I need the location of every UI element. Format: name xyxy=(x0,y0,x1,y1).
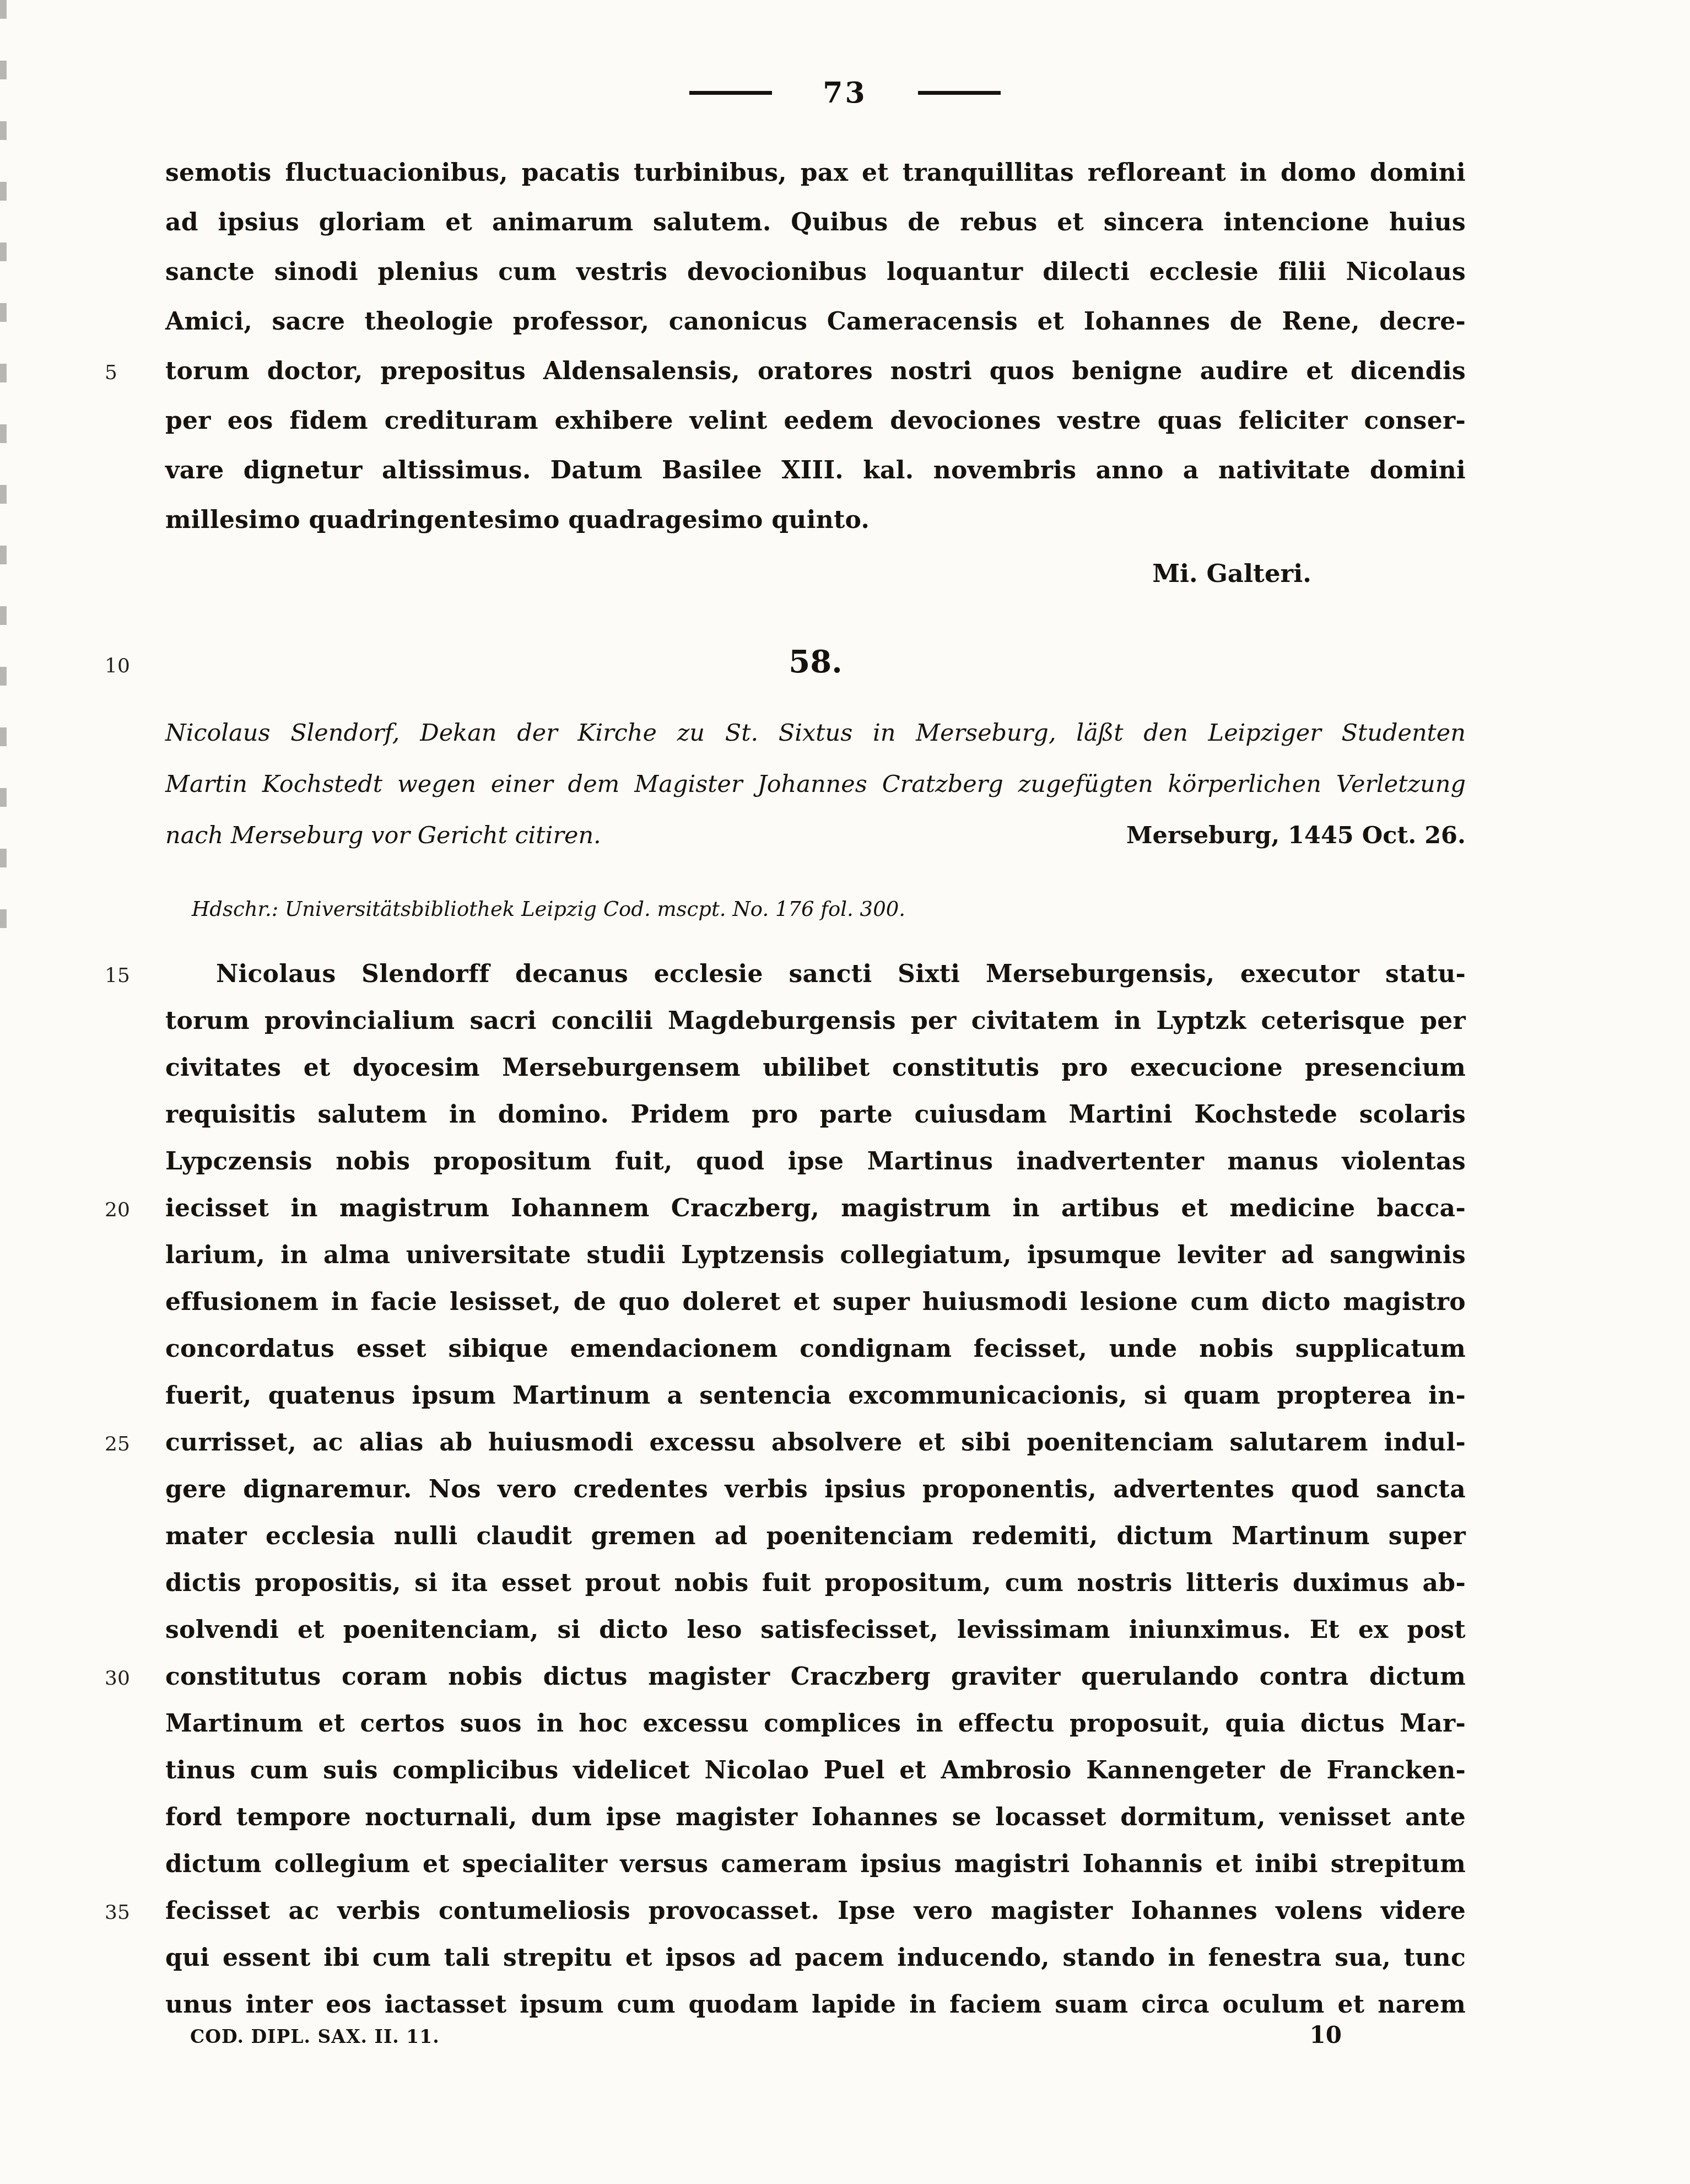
document-57-text: semotis fluctuacionibus, pacatis turbini… xyxy=(105,159,1466,556)
line-text: effusionem in facie lesisset, de quo dol… xyxy=(165,1288,1466,1316)
line-text: fuerit, quatenus ipsum Martinum a senten… xyxy=(165,1382,1466,1410)
line-text: millesimo quadringentesimo quadragesimo … xyxy=(165,506,1466,534)
margin-line-number: 25 xyxy=(105,1433,165,1455)
text-line: effusionem in facie lesisset, de quo dol… xyxy=(105,1288,1466,1335)
margin-line-number: 5 xyxy=(105,362,165,384)
line-text: semotis fluctuacionibus, pacatis turbini… xyxy=(165,159,1466,187)
text-line: per eos fidem credituram exhibere velint… xyxy=(105,407,1466,456)
line-text: tinus cum suis complicibus videlicet Nic… xyxy=(165,1756,1466,1784)
scanned-book-page: 73 semotis fluctuacionibus, pacatis turb… xyxy=(0,0,1690,2184)
text-line: tinus cum suis complicibus videlicet Nic… xyxy=(105,1756,1466,1803)
text-line: requisitis salutem in domino. Pridem pro… xyxy=(105,1101,1466,1147)
line-text: requisitis salutem in domino. Pridem pro… xyxy=(165,1101,1466,1129)
line-text: dictis propositis, si ita esset prout no… xyxy=(165,1569,1466,1597)
line-text: qui essent ibi cum tali strepitu et ipso… xyxy=(165,1944,1466,1972)
text-line: mater ecclesia nulli claudit gremen ad p… xyxy=(105,1522,1466,1569)
text-line: solvendi et poenitenciam, si dicto leso … xyxy=(105,1616,1466,1663)
text-line: semotis fluctuacionibus, pacatis turbini… xyxy=(105,159,1466,208)
summary-line-text: Martin Kochstedt wegen einer dem Magiste… xyxy=(165,770,1466,798)
text-line: 5 torum doctor, prepositus Aldensalensis… xyxy=(105,357,1466,407)
text-line: 35 fecisset ac verbis contumeliosis prov… xyxy=(105,1897,1466,1944)
page-number: 73 xyxy=(823,76,867,110)
text-line: ford tempore nocturnali, dum ipse magist… xyxy=(105,1803,1466,1850)
text-line: concordatus esset sibique emendacionem c… xyxy=(105,1335,1466,1382)
document-58-heading-row: 10 58. xyxy=(105,644,1466,680)
line-text: ad ipsius gloriam et animarum salutem. Q… xyxy=(165,208,1466,236)
line-text: fecisset ac verbis contumeliosis provoca… xyxy=(165,1897,1466,1925)
page-header: 73 xyxy=(0,76,1690,110)
summary-line: Nicolaus Slendorf, Dekan der Kirche zu S… xyxy=(105,719,1466,770)
text-line: ad ipsius gloriam et animarum salutem. Q… xyxy=(105,208,1466,258)
line-text: unus inter eos iactasset ipsum cum quoda… xyxy=(165,1991,1466,2019)
scan-edge-artifact xyxy=(0,0,7,937)
summary-last-line: nach Merseburg vor Gericht citiren. Mers… xyxy=(165,822,1466,849)
line-text: sancte sinodi plenius cum vestris devoci… xyxy=(165,258,1466,286)
document-58-text: 15 Nicolaus Slendorff decanus ecclesie s… xyxy=(105,960,1466,2037)
pagenumber-right-rule xyxy=(918,91,1001,95)
manuscript-source-note: Hdschr.: Universitätsbibliothek Leipzig … xyxy=(165,897,1466,921)
margin-line-number: 30 xyxy=(105,1667,165,1690)
signature: Mi. Galteri. xyxy=(105,559,1466,588)
text-line: gere dignaremur. Nos vero credentes verb… xyxy=(105,1475,1466,1522)
text-line: vare dignetur altissimus. Datum Basilee … xyxy=(105,456,1466,506)
document-58-summary: Nicolaus Slendorf, Dekan der Kirche zu S… xyxy=(105,719,1466,873)
summary-line: Martin Kochstedt wegen einer dem Magiste… xyxy=(105,770,1466,822)
line-text: Nicolaus Slendorff decanus ecclesie sanc… xyxy=(165,960,1466,988)
pagenumber-left-rule xyxy=(689,91,772,95)
line-text: per eos fidem credituram exhibere velint… xyxy=(165,407,1466,435)
line-text: solvendi et poenitenciam, si dicto leso … xyxy=(165,1616,1466,1644)
text-line: qui essent ibi cum tali strepitu et ipso… xyxy=(105,1944,1466,1991)
text-line: Martinum et certos suos in hoc excessu c… xyxy=(105,1710,1466,1756)
line-text: mater ecclesia nulli claudit gremen ad p… xyxy=(165,1522,1466,1550)
margin-line-number: 20 xyxy=(105,1199,165,1221)
signature-block: Mi. Galteri. xyxy=(105,556,1466,588)
margin-line-number: 10 xyxy=(105,655,165,677)
line-text: civitates et dyocesim Merseburgensem ubi… xyxy=(165,1054,1466,1082)
line-text: vare dignetur altissimus. Datum Basilee … xyxy=(165,456,1466,484)
document-date: Merseburg, 1445 Oct. 26. xyxy=(1126,822,1466,849)
text-line: larium, in alma universitate studii Lypt… xyxy=(105,1241,1466,1288)
line-text: Lypczensis nobis propositum fuit, quod i… xyxy=(165,1147,1466,1175)
series-signature: COD. DIPL. SAX. II. 11. xyxy=(165,2026,440,2047)
text-line: Lypczensis nobis propositum fuit, quod i… xyxy=(105,1147,1466,1194)
line-text: constitutus coram nobis dictus magister … xyxy=(165,1663,1466,1691)
text-line: fuerit, quatenus ipsum Martinum a senten… xyxy=(105,1382,1466,1428)
line-text: gere dignaremur. Nos vero credentes verb… xyxy=(165,1475,1466,1503)
text-line: 30 constitutus coram nobis dictus magist… xyxy=(105,1663,1466,1710)
text-line: 25 currisset, ac alias ab huiusmodi exce… xyxy=(105,1428,1466,1475)
margin-line-number: 35 xyxy=(105,1901,165,1924)
line-text: torum provincialium sacri concilii Magde… xyxy=(165,1007,1466,1035)
text-line: civitates et dyocesim Merseburgensem ubi… xyxy=(105,1054,1466,1101)
line-text: currisset, ac alias ab huiusmodi excessu… xyxy=(165,1428,1466,1457)
text-line: dictum collegium et specialiter versus c… xyxy=(105,1850,1466,1897)
text-line: millesimo quadringentesimo quadragesimo … xyxy=(105,506,1466,556)
sheet-number: 10 xyxy=(1310,2021,1342,2048)
summary-line-text: Nicolaus Slendorf, Dekan der Kirche zu S… xyxy=(165,719,1466,747)
line-text: larium, in alma universitate studii Lypt… xyxy=(165,1241,1466,1269)
line-text: Martinum et certos suos in hoc excessu c… xyxy=(165,1710,1466,1738)
line-text: ford tempore nocturnali, dum ipse magist… xyxy=(165,1803,1466,1831)
text-line: dictis propositis, si ita esset prout no… xyxy=(105,1569,1466,1616)
margin-line-number: 15 xyxy=(105,964,165,987)
text-line: torum provincialium sacri concilii Magde… xyxy=(105,1007,1466,1054)
line-text: concordatus esset sibique emendacionem c… xyxy=(165,1335,1466,1363)
document-number-heading: 58. xyxy=(165,644,1466,680)
line-text: torum doctor, prepositus Aldensalensis, … xyxy=(165,357,1466,385)
page-footer: COD. DIPL. SAX. II. 11. 10 xyxy=(165,2021,1466,2048)
line-text: dictum collegium et specialiter versus c… xyxy=(165,1850,1466,1878)
line-text: iecisset in magistrum Iohannem Craczberg… xyxy=(165,1194,1466,1222)
line-text: Amici, sacre theologie professor, canoni… xyxy=(165,308,1466,336)
summary-line: nach Merseburg vor Gericht citiren. Mers… xyxy=(105,822,1466,873)
text-line: 20 iecisset in magistrum Iohannem Craczb… xyxy=(105,1194,1466,1241)
text-line: sancte sinodi plenius cum vestris devoci… xyxy=(105,258,1466,308)
summary-line-text: nach Merseburg vor Gericht citiren. xyxy=(165,822,601,849)
text-line: Amici, sacre theologie professor, canoni… xyxy=(105,308,1466,357)
text-line: 15 Nicolaus Slendorff decanus ecclesie s… xyxy=(105,960,1466,1007)
